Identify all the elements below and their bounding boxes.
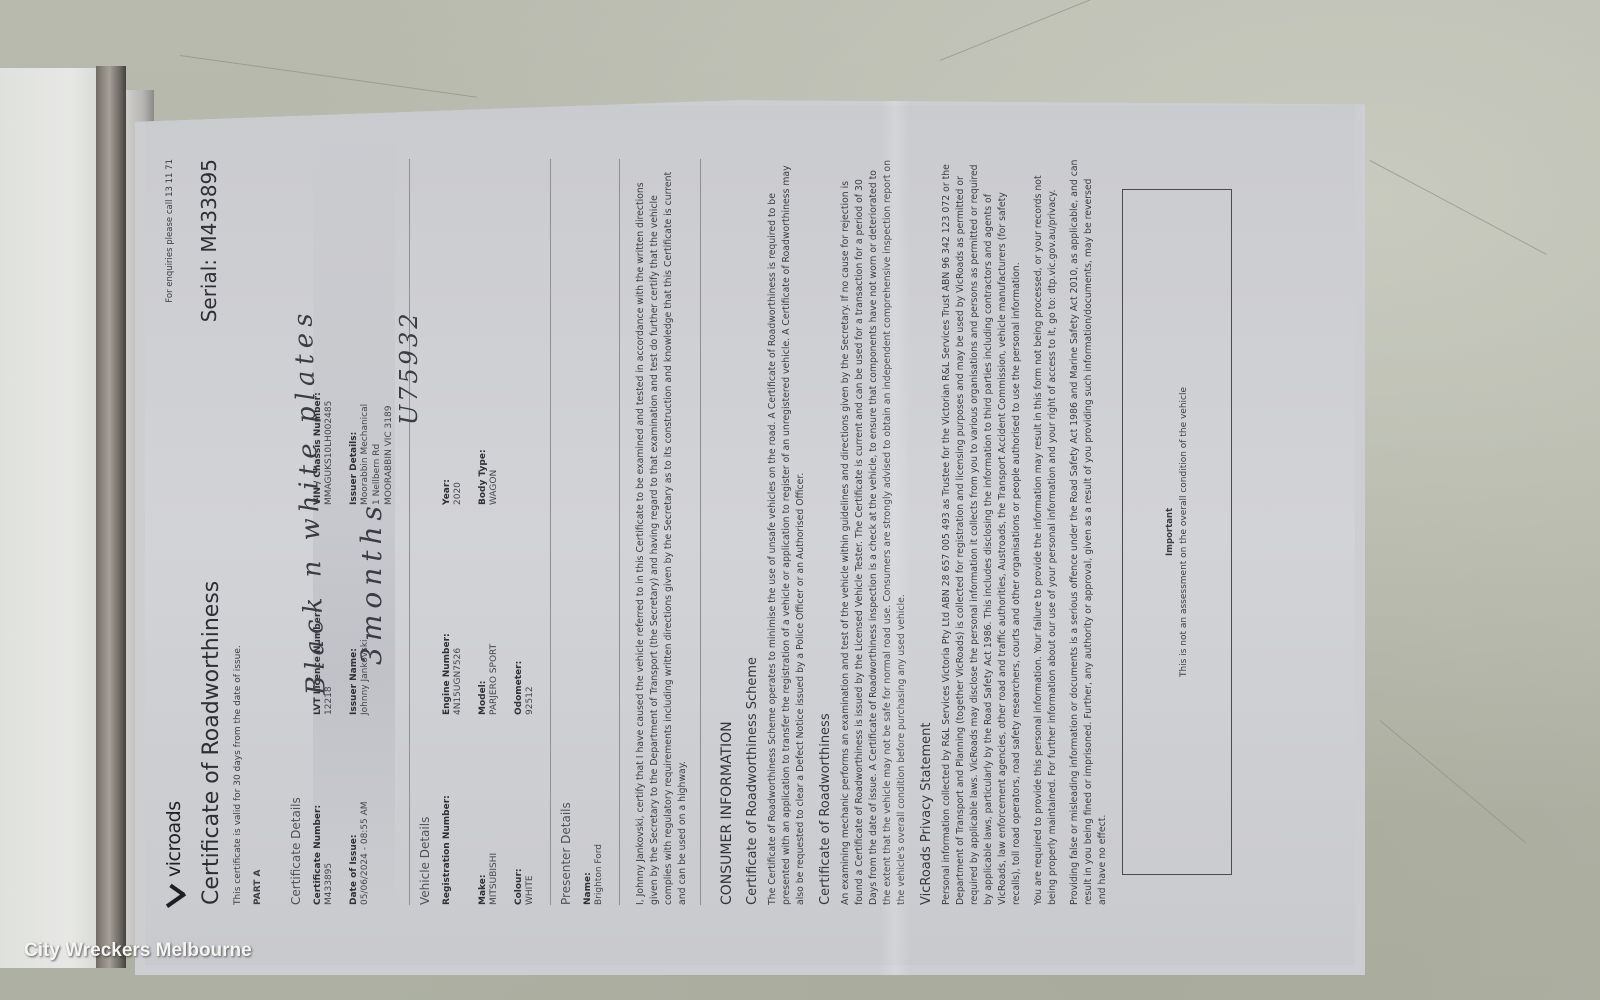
consumer-section-title: Certificate of Roadworthiness <box>818 129 833 905</box>
field-value: 92512 <box>524 505 536 715</box>
paper-stack-edge <box>96 66 126 968</box>
tester-declaration: I, Johnny Jankovski, certify that I have… <box>634 159 690 905</box>
certificate-document: vicroads For enquiries please call 13 11… <box>135 100 1365 975</box>
surface-crack <box>940 0 1126 61</box>
surface-crack <box>1370 160 1547 255</box>
field-label: Model: <box>478 505 488 715</box>
consumer-section-paragraph: You are required to provide this persona… <box>1032 159 1060 905</box>
handwritten-note-months: 3months <box>355 500 388 665</box>
detail-field: Year:2020 <box>442 129 464 505</box>
vicroads-logo-icon <box>163 881 185 905</box>
field-value: WHITE <box>524 715 536 905</box>
watermark-text: City Wreckers Melbourne <box>24 940 252 962</box>
detail-field: Model:PARJERO SPORT <box>478 505 500 715</box>
field-label: Body Type: <box>478 129 488 505</box>
field-label: Odometer: <box>514 505 524 715</box>
detail-field: Date of Issue:05/06/2024 - 08:55 AM <box>349 715 395 905</box>
handwritten-note-number: U75932 <box>395 310 423 425</box>
field-value: WAGON <box>488 129 500 505</box>
important-heading: Important <box>1165 508 1175 556</box>
surface-crack <box>180 55 477 98</box>
divider <box>550 159 551 905</box>
field-value: 2020 <box>452 129 464 505</box>
presenter-name-label: Name: <box>583 129 593 905</box>
consumer-section-title: VicRoads Privacy Statement <box>919 129 934 905</box>
field-value: M433895 <box>323 715 335 905</box>
consumer-information-heading: CONSUMER INFORMATION <box>719 129 735 905</box>
certificate-header: vicroads For enquiries please call 13 11… <box>163 129 281 935</box>
detail-field: Colour:WHITE <box>514 715 536 905</box>
divider <box>409 159 410 905</box>
detail-field: Make:MITSUBISHI <box>478 715 500 905</box>
detail-field: Odometer:92512 <box>514 505 536 715</box>
field-value: PARJERO SPORT <box>488 505 500 715</box>
divider <box>700 159 701 905</box>
field-label: Make: <box>478 715 488 905</box>
consumer-section-paragraph: An examining mechanic performs an examin… <box>839 159 909 905</box>
part-label: PART A <box>253 870 263 906</box>
surface-crack <box>1380 720 1526 843</box>
certificate-page: vicroads For enquiries please call 13 11… <box>145 105 1355 965</box>
consumer-information-sections: Certificate of Roadworthiness SchemeThe … <box>745 129 1110 935</box>
detail-field: Certificate Number:M433895 <box>313 715 335 905</box>
field-value: 05/06/2024 - 08:55 AM <box>359 715 371 905</box>
consumer-section-title: Certificate of Roadworthiness Scheme <box>745 129 760 905</box>
important-notice-box: Important This is not an assessment on t… <box>1122 189 1232 875</box>
vicroads-logo: vicroads <box>163 801 185 905</box>
field-label: Year: <box>442 129 452 505</box>
field-value: MMAGUKS10LH002485 <box>323 129 335 505</box>
field-value: Moorabbin Mechanical 1 Nellbern Rd MOORA… <box>359 129 395 505</box>
consumer-section-paragraph: The Certificate of Roadworthiness Scheme… <box>766 159 808 905</box>
consumer-section-paragraph: Personal information collected by R&L Se… <box>940 159 1024 905</box>
paper-stack <box>0 68 100 968</box>
field-value: 4N15UGN7526 <box>452 505 464 715</box>
field-label: Certificate Number: <box>313 715 323 905</box>
field-label: Date of Issue: <box>349 715 359 905</box>
important-text: This is not an assessment on the overall… <box>1179 387 1189 677</box>
document-title: Certificate of Roadworthiness <box>199 581 224 905</box>
field-label: Issuer Details: <box>349 129 359 505</box>
consumer-section-paragraph: Providing false or misleading informatio… <box>1068 159 1110 905</box>
logo-text: vicroads <box>163 801 185 877</box>
detail-field: Registration Number: <box>442 715 464 905</box>
validity-note: This certificate is valid for 30 days fr… <box>233 645 243 905</box>
detail-field: Body Type:WAGON <box>478 129 500 505</box>
vehicle-details-heading: Vehicle Details <box>418 129 432 905</box>
field-value: MITSUBISHI <box>488 715 500 905</box>
divider <box>619 159 620 905</box>
presenter-name-value: Brighton Ford <box>593 129 605 905</box>
detail-field: Engine Number:4N15UGN7526 <box>442 505 464 715</box>
field-label: Engine Number: <box>442 505 452 715</box>
field-label: Registration Number: <box>442 715 452 905</box>
presenter-details-heading: Presenter Details <box>559 129 573 905</box>
serial-number: Serial: M433895 <box>197 159 221 322</box>
detail-field: Issuer Details:Moorabbin Mechanical 1 Ne… <box>349 129 395 505</box>
vehicle-details-grid: Registration Number:Engine Number:4N15UG… <box>442 129 536 905</box>
enquiries-note: For enquiries please call 13 11 71 <box>165 159 175 303</box>
field-label: Colour: <box>514 715 524 905</box>
